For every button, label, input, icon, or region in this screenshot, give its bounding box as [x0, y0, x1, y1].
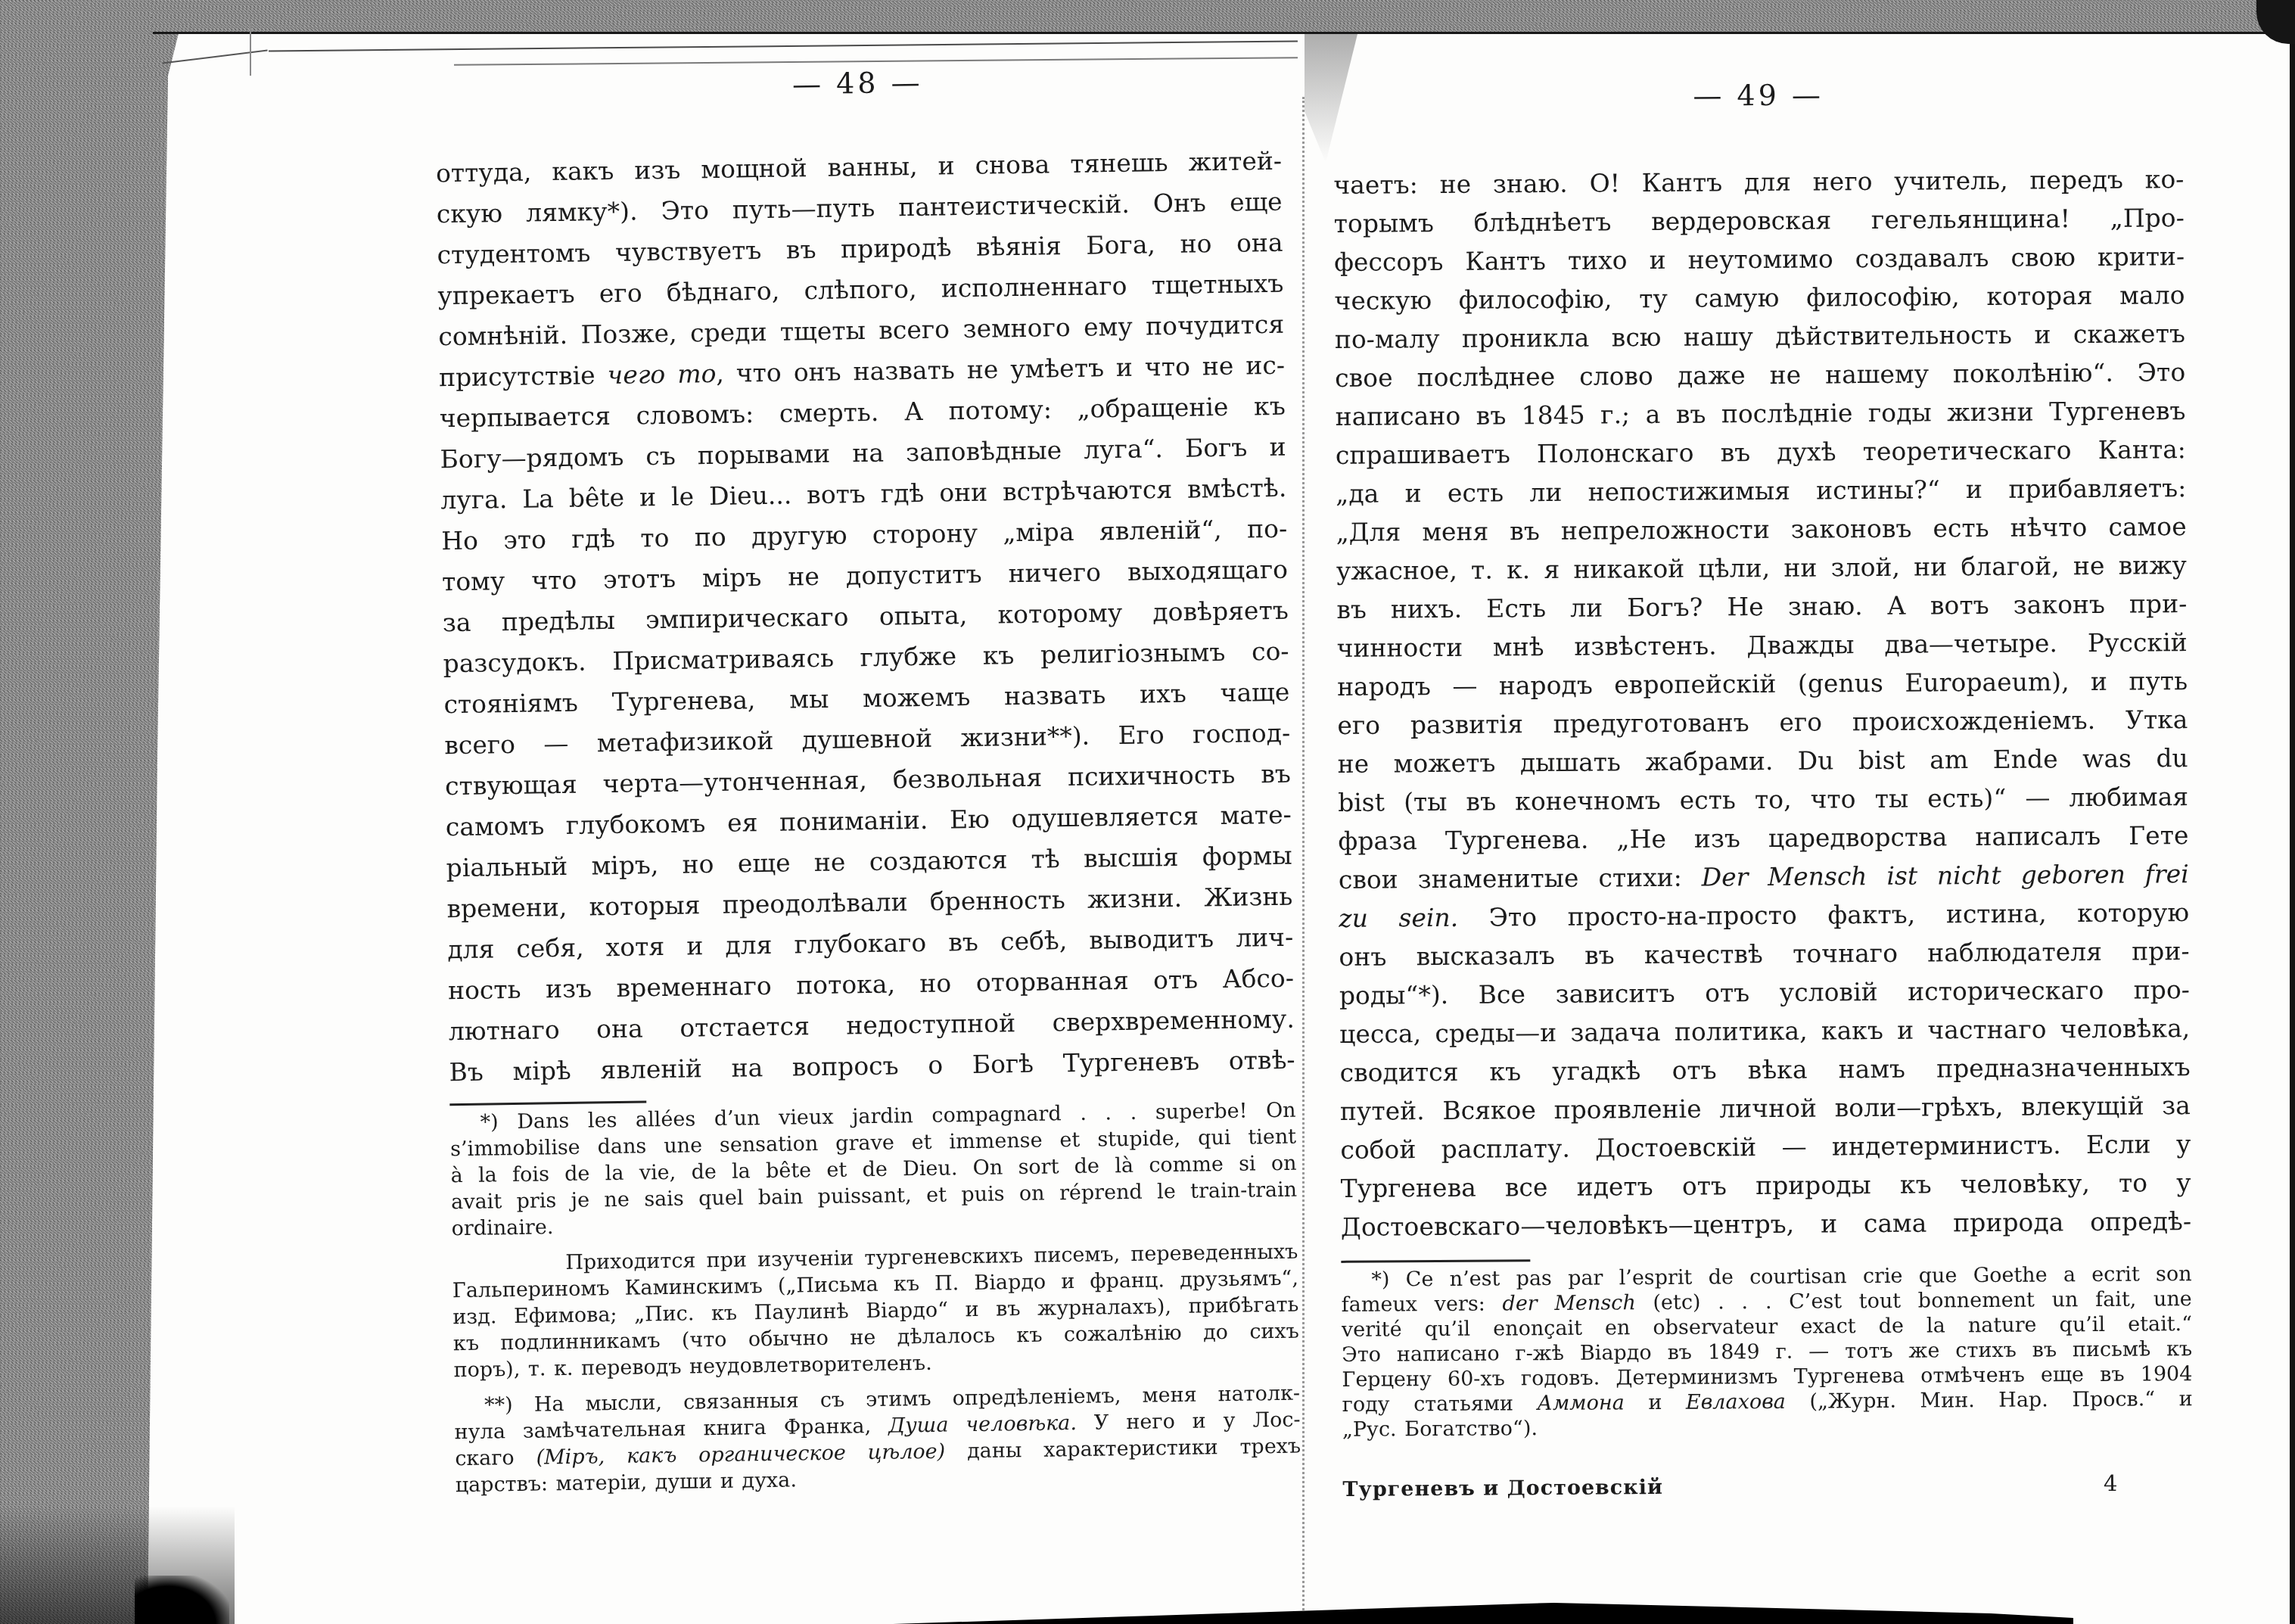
text-line: „да и есть ли непостижимыя истины?“ и пр…: [1336, 472, 2186, 517]
text-line: „Рус. Богатство“).: [1342, 1411, 2193, 1442]
text-line: чаетъ: не знаю. О! Кантъ для него учител…: [1333, 163, 2184, 208]
page-gutter-line: [1302, 97, 1305, 1624]
text-line: роды“*). Все зависитъ отъ условій истори…: [1339, 974, 2190, 1019]
text-line: не можетъ дышать жабрами. Du bist am End…: [1338, 742, 2188, 787]
text-line: народъ — народъ европейскій (genus Europ…: [1337, 665, 2188, 710]
page-48-number: — 48 —: [434, 61, 1281, 111]
page-49-body: чаетъ: не знаю. О! Кантъ для него учител…: [1333, 163, 2191, 1250]
page-49: — 49 — чаетъ: не знаю. О! Кантъ для него…: [1333, 76, 2193, 1501]
page-48-footnotes: *) Dans les allées d’un vieux jardin com…: [449, 1098, 1301, 1500]
text-line: спрашиваетъ Полонскаго въ духѣ теоретиче…: [1336, 434, 2186, 478]
page-stack-edge: [162, 49, 267, 64]
footnote-separator: [1341, 1259, 1530, 1263]
signature-number: 4: [2104, 1470, 2118, 1496]
text-line: его развитія предуготованъ его происхожд…: [1337, 704, 2188, 748]
text-line: онъ высказалъ въ качествѣ точнаго наблюд…: [1339, 935, 2189, 980]
text-line: свои знаменитые стихи: Der Mensch ist ni…: [1339, 858, 2189, 903]
page-49-number: — 49 —: [1333, 76, 2183, 120]
text-line: по-малу проникла всю нашу дѣйствительнос…: [1335, 318, 2185, 362]
text-line: чинности мнѣ извѣстенъ. Дважды два—четыр…: [1337, 627, 2188, 671]
text-line: въ нихъ. Есть ли Богъ? Не знаю. А вотъ з…: [1336, 588, 2187, 633]
page-stack-edge: [269, 40, 1298, 51]
scanned-book-spread: { "scan": { "left_page": { "header": "— …: [0, 0, 2295, 1624]
page-48-body: оттуда, какъ изъ мощной ванны, и снова т…: [436, 145, 1295, 1097]
text-line: zu sein. Это просто-на-просто фактъ, ист…: [1339, 897, 2189, 941]
page-stack-edge: [250, 23, 251, 76]
text-line: фраза Тургенева. „Не изъ царедворства на…: [1338, 820, 2188, 864]
text-line: Достоевскаго—человѣкъ—центръ, и сама при…: [1341, 1206, 2191, 1250]
scan-shadow-top-right: [2256, 0, 2295, 44]
text-line: написано въ 1845 г.; а въ послѣдніе годы…: [1335, 395, 2185, 440]
footnote-separator: [449, 1100, 646, 1106]
scan-edge-right: [2290, 0, 2295, 1624]
text-line: цесса, среды—и задача политика, какъ и ч…: [1339, 1013, 2190, 1057]
text-line: „Для меня въ непреложности законовъ есть…: [1336, 511, 2186, 555]
text-line: Тургенева все идетъ отъ природы къ челов…: [1341, 1167, 2191, 1212]
text-line: сводится къ угадкѣ отъ вѣка намъ предназ…: [1339, 1051, 2190, 1096]
scanner-background-strip: [0, 0, 266, 1624]
scanner-background-top: [151, 0, 2295, 32]
text-line: путей. Всякое проявленіе личной воли—грѣ…: [1340, 1090, 2191, 1134]
scan-shadow-bottom: [893, 1595, 2073, 1624]
page-49-footer: Тургеневъ и Достоевскій 4: [1342, 1470, 2193, 1501]
page-48: — 48 — оттуда, какъ изъ мощной ванны, и …: [434, 61, 1301, 1499]
text-line: свое послѣднее слово даже не нашему поко…: [1335, 356, 2185, 401]
page-top-edge: [153, 32, 2295, 34]
text-line: ческую философію, ту самую философію, ко…: [1334, 279, 2185, 324]
scan-shadow-corner-fade: [0, 1506, 235, 1624]
text-line: ужасное, т. к. я никакой цѣли, ни злой, …: [1336, 549, 2187, 594]
text-line: фессоръ Кантъ тихо и неутомимо создавалъ…: [1334, 241, 2185, 285]
text-line: bist (ты въ конечномъ есть то, что ты ес…: [1338, 781, 2188, 826]
text-line: торымъ блѣднѣетъ вердеровская гегельянщи…: [1334, 202, 2185, 247]
text-line: собой расплату. Достоевскій — индетермин…: [1340, 1128, 2191, 1173]
running-title: Тургеневъ и Достоевскій: [1342, 1476, 1663, 1501]
page-49-footnotes: *) Ce n’est pas par l’esprit de courtisa…: [1341, 1262, 2193, 1442]
